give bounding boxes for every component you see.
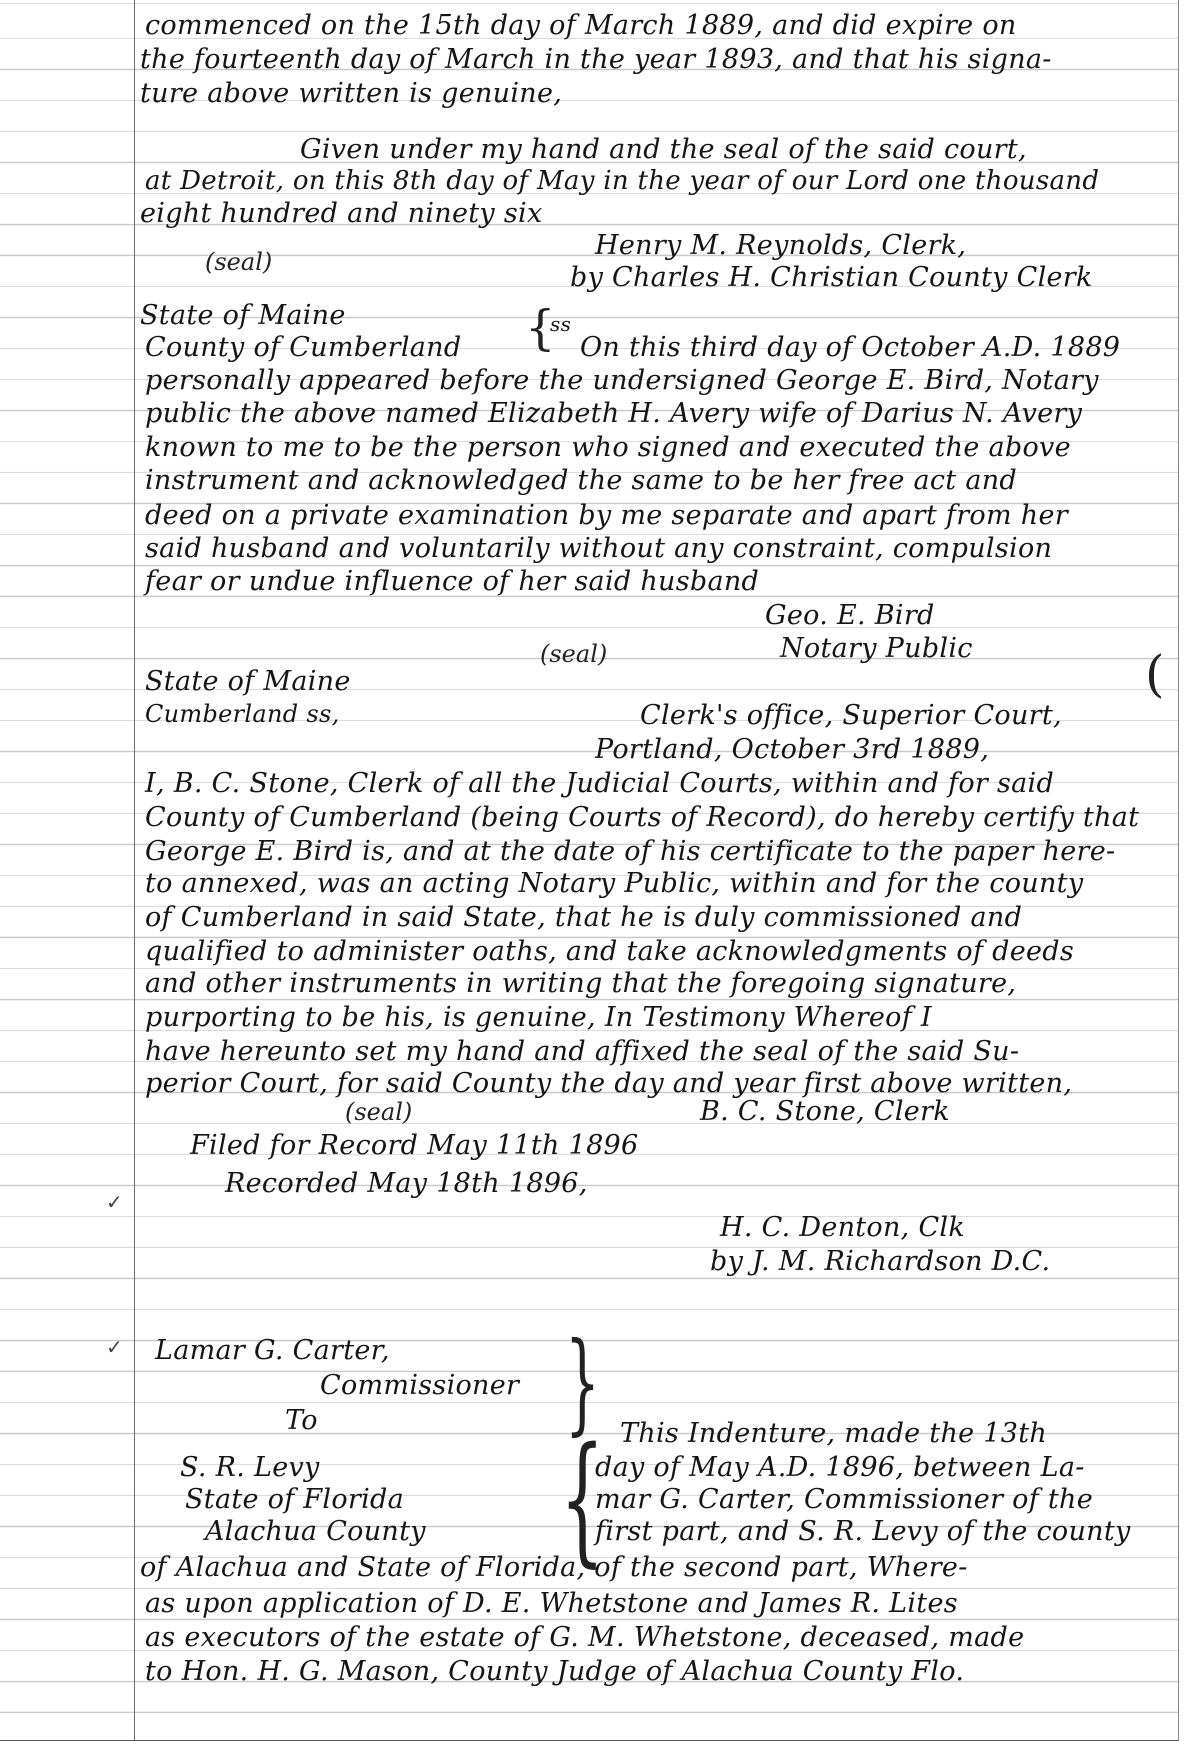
text-line: On this third day of October A.D. 1889 <box>580 332 1120 363</box>
text-line: at Detroit, on this 8th day of May in th… <box>145 166 1099 196</box>
text-line: day of May A.D. 1896, between La- <box>595 1452 1085 1483</box>
text-line: County of Cumberland (being Courts of Re… <box>145 802 1139 833</box>
seal-mark: (seal) <box>345 1098 412 1126</box>
ledger-page: commenced on the 15th day of March 1889,… <box>0 0 1179 1741</box>
text-line: said husband and voluntarily without any… <box>145 533 1052 564</box>
text-line: Given under my hand and the seal of the … <box>300 134 1027 165</box>
text-line: Commissioner <box>320 1370 519 1401</box>
signature-line: by J. M. Richardson D.C. <box>710 1246 1050 1277</box>
text-line: as executors of the estate of G. M. Whet… <box>145 1622 1024 1653</box>
text-line: State of Florida <box>185 1484 404 1515</box>
text-line: Recorded May 18th 1896, <box>225 1168 588 1199</box>
signature-line: B. C. Stone, Clerk <box>700 1096 950 1127</box>
text-line: ture above written is genuine, <box>140 78 562 109</box>
seal-mark: (seal) <box>540 640 607 668</box>
signature-line: Notary Public <box>780 633 973 664</box>
text-line: Clerk's office, Superior Court, <box>640 700 1062 731</box>
text-line: I, B. C. Stone, Clerk of all the Judicia… <box>145 768 1054 799</box>
text-line: public the above named Elizabeth H. Aver… <box>145 398 1082 429</box>
text-line: and other instruments in writing that th… <box>145 968 1016 999</box>
signature-line: Henry M. Reynolds, Clerk, <box>595 230 966 261</box>
text-line: qualified to administer oaths, and take … <box>145 936 1074 967</box>
text-line: Portland, October 3rd 1889, <box>595 734 989 765</box>
text-line: Lamar G. Carter, <box>155 1335 390 1366</box>
text-line: the fourteenth day of March in the year … <box>140 44 1052 75</box>
text-line: George E. Bird is, and at the date of hi… <box>145 836 1115 867</box>
text-line: to Hon. H. G. Mason, County Judge of Ala… <box>145 1656 964 1687</box>
text-line: commenced on the 15th day of March 1889,… <box>145 10 1017 41</box>
text-line: perior Court, for said County the day an… <box>145 1068 1072 1099</box>
seal-mark: (seal) <box>205 248 272 276</box>
signature-line: by Charles H. Christian County Clerk <box>570 262 1093 293</box>
text-line: State of Maine <box>145 666 351 697</box>
text-line: purporting to be his, is genuine, In Tes… <box>145 1002 932 1033</box>
checkmark-icon: ✓ <box>106 1190 123 1214</box>
text-line: Alachua County <box>205 1516 426 1547</box>
text-line: as upon application of D. E. Whetstone a… <box>145 1588 958 1619</box>
text-line: ss <box>550 312 571 336</box>
text-line: To <box>285 1405 318 1436</box>
text-line: eight hundred and ninety six <box>140 198 542 229</box>
text-line: S. R. Levy <box>180 1452 320 1483</box>
margin-rule <box>134 0 135 1740</box>
text-line: mar G. Carter, Commissioner of the <box>595 1484 1093 1515</box>
text-line: instrument and acknowledged the same to … <box>145 465 1017 496</box>
text-line: This Indenture, made the 13th <box>620 1418 1047 1449</box>
text-line: first part, and S. R. Levy of the county <box>595 1516 1131 1547</box>
checkmark-icon: ✓ <box>106 1335 123 1359</box>
signature-line: Geo. E. Bird <box>765 600 935 631</box>
text-line: to annexed, was an acting Notary Public,… <box>145 868 1083 899</box>
text-line: State of Maine <box>140 300 346 331</box>
text-line: personally appeared before the undersign… <box>145 365 1099 396</box>
signature-line: H. C. Denton, Clk <box>720 1212 965 1243</box>
bracket-mark: ( <box>1145 645 1165 703</box>
text-line: of Alachua and State of Florida, of the … <box>140 1552 968 1583</box>
text-line: fear or undue influence of her said husb… <box>145 566 759 597</box>
text-line: known to me to be the person who signed … <box>145 432 1071 463</box>
text-line: Filed for Record May 11th 1896 <box>190 1130 639 1161</box>
text-line: have hereunto set my hand and affixed th… <box>145 1036 1019 1067</box>
text-line: Cumberland ss, <box>145 700 340 728</box>
text-line: deed on a private examination by me sepa… <box>145 500 1068 531</box>
text-line: County of Cumberland <box>145 332 461 363</box>
text-line: of Cumberland in said State, that he is … <box>145 902 1022 933</box>
